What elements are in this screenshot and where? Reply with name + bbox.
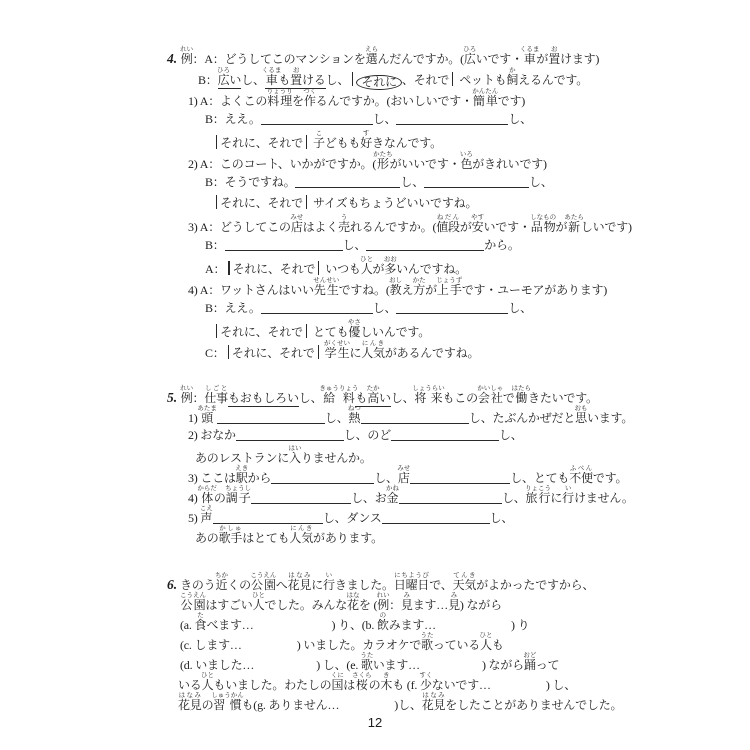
text-line: それに、それで とても優やさしいんです。 — [213, 319, 750, 340]
worksheet: 4.例れい：A：どうしてこのマンションを選えらんだんですか。(広ひろいです・車く… — [0, 0, 750, 712]
text-line: B：ええ。し、し、 — [205, 298, 750, 319]
ruby-text: 車くるま — [523, 52, 537, 66]
ruby-text: 桜さくら — [355, 678, 369, 692]
ruby-text: 近ちか — [216, 578, 228, 592]
fill-in-blank — [236, 429, 344, 441]
text: あの — [195, 531, 219, 545]
scanned-workbook-page: { "page": { "number": "12" }, "exercises… — [0, 0, 750, 750]
text: )し、 — [394, 698, 421, 712]
text: れるんですか。( — [350, 220, 436, 234]
ruby-text: 将来しょうらい — [414, 391, 442, 405]
fill-in-blank — [410, 472, 510, 484]
ruby-text: 歌うた — [361, 658, 373, 672]
text: が — [536, 52, 548, 66]
text: し、のど — [344, 428, 391, 442]
text: し、 — [508, 112, 532, 126]
text: B：ええ。 — [205, 112, 261, 126]
text: も — [278, 73, 290, 89]
text: ける — [302, 73, 326, 89]
text-line: B：そうですね。し、し、 — [205, 172, 750, 193]
ruby-text: 歌うた — [421, 638, 433, 652]
text: もおもしろい — [228, 391, 299, 407]
text: B：そうですね。 — [205, 175, 295, 189]
text: の — [214, 491, 226, 505]
text: きのう — [180, 578, 215, 592]
answer-space — [436, 627, 511, 629]
ruby-text: 簡単かんたん — [473, 94, 498, 108]
text: 2) A：このコート、いかがですか。( — [188, 157, 376, 171]
text: いです・ — [483, 220, 530, 234]
text: し、 — [508, 301, 532, 315]
ruby-text: 歌手かしゅ — [219, 531, 243, 545]
ruby-text: 方かた — [413, 283, 425, 297]
fill-in-blank — [295, 176, 400, 188]
text: 1) A：よくこの — [188, 94, 267, 108]
text-line: B：ええ。し、し、 — [205, 109, 750, 130]
text: へ — [276, 578, 288, 592]
choice-bracket-bar — [318, 345, 319, 359]
text: です。 — [593, 471, 627, 485]
text-line: 1) A：よくこの料理りょうりを作つくるんですか。(おいしいです・簡単かんたんで… — [188, 88, 750, 109]
ruby-text: 会社かいしゃ — [478, 391, 503, 405]
ruby-text: 駅えき — [236, 471, 248, 485]
fill-in-blank — [251, 492, 351, 504]
ruby-text: 熱ねつ — [349, 411, 361, 425]
exercise-6: 6.きのう近ちかくの公園こうえんへ花見はなみに行いきました。日曜日にちようびで、… — [165, 572, 750, 712]
text: いんですね。 — [396, 262, 467, 276]
text: しいんです。 — [360, 325, 430, 339]
text: A： — [205, 262, 225, 276]
ruby-text: 公園こうえん — [251, 578, 276, 592]
text: はよく — [303, 220, 338, 234]
ruby-text: 行い — [323, 578, 335, 592]
ruby-text: 人ひと — [361, 262, 373, 276]
ruby-text: 人ひと — [253, 598, 265, 612]
text: (c. します… — [180, 638, 242, 652]
text: を ( — [359, 598, 377, 612]
exercise-5: 5.例れい：仕事しごともおもしろいし、給料きゅうりょうも高たかいし、将来しょうら… — [165, 385, 750, 545]
ruby-text: 不便ふべん — [569, 471, 593, 485]
text: も(g. ありません… — [241, 698, 339, 712]
ruby-text: 花はな — [347, 598, 359, 612]
text: B： — [198, 73, 218, 87]
text: っている — [433, 638, 480, 652]
fill-in-blank — [213, 512, 323, 524]
text: し、とても — [510, 471, 569, 485]
ruby-text: 広ひろ — [464, 52, 476, 66]
text: 4) A：ワットさんはいい — [188, 283, 314, 297]
fill-in-blank — [396, 302, 508, 314]
text: し、お — [351, 491, 386, 505]
text: るんですか。(おいしいです・ — [316, 94, 473, 108]
text: し、 — [343, 238, 367, 252]
text: サイズもちょうどいいですね。 — [310, 196, 477, 210]
text-line: 1) 頭あたまし、熱ねつし、たぶんかぜだと思おもいます。 — [188, 405, 750, 425]
text: し、 — [490, 511, 514, 525]
ruby-text: 学生がくせい — [325, 346, 350, 360]
fill-in-blank — [271, 472, 374, 484]
ruby-text: 声こえ — [200, 511, 212, 525]
answer-space — [339, 707, 394, 709]
text: ペットも — [456, 73, 506, 87]
text: ) し、(e. — [316, 658, 361, 672]
text: ) り — [511, 618, 529, 632]
exercise-number: 6. — [167, 577, 177, 592]
ruby-text: 新あたら — [567, 220, 581, 234]
ruby-text: 置お — [290, 73, 302, 89]
text: りませんか。 — [301, 451, 372, 465]
text: B： — [205, 238, 225, 252]
fill-in-blank — [382, 512, 490, 524]
text: し、 — [529, 175, 553, 189]
text: に — [550, 491, 562, 505]
ruby-text: 見み — [401, 598, 413, 612]
ruby-text: 色いろ — [460, 157, 472, 171]
text: し、 — [502, 491, 526, 505]
text: ) ながら — [482, 658, 524, 672]
text: し、たぶんかぜだと — [469, 411, 575, 425]
text: がよかったですから、 — [476, 578, 594, 592]
fill-in-blank — [225, 239, 343, 251]
text-line: 5) 声こえし、ダンスし、 — [188, 505, 750, 525]
text: しいです) — [581, 220, 632, 234]
text-line: 4) 体からだの調子ちょうしし、お金かねし、旅行りょこうに行いけません。 — [188, 485, 750, 505]
ruby-text: 花見はなみ — [178, 698, 202, 712]
text: が — [460, 220, 472, 234]
text-line: B：広ひろいし、車くるまも置おけるし、それに、それで ペットも飼かえるんです。 — [198, 67, 750, 88]
text: し、 — [391, 391, 415, 405]
text: で、 — [429, 578, 452, 592]
answer-space — [242, 647, 297, 649]
answer-space — [491, 687, 546, 689]
text: それに、それで — [220, 136, 303, 150]
text: し、 — [373, 301, 397, 315]
choice-bracket-bar — [452, 72, 453, 86]
fill-in-blank — [217, 412, 325, 424]
text: くの — [227, 578, 251, 592]
text: 2) おなか — [188, 428, 236, 442]
ruby-text: 人ひと — [480, 638, 492, 652]
ruby-text: 習慣しゅうかん — [213, 698, 241, 712]
ruby-text: 花見はなみ — [288, 578, 312, 592]
text: し、 — [400, 175, 424, 189]
ruby-text: 行い — [562, 491, 574, 505]
ruby-text: 車くるま — [265, 73, 279, 89]
text: (d. いました… — [180, 658, 254, 672]
text: みます… — [389, 618, 436, 632]
text: けます) — [560, 52, 599, 66]
text: し、 — [373, 112, 397, 126]
text: も (f. — [392, 678, 420, 692]
ruby-text: 選えら — [366, 52, 378, 66]
ruby-text: 飲の — [377, 618, 389, 632]
text: それに、それで — [220, 196, 303, 210]
text: えるんです。 — [518, 73, 588, 87]
text-line: 6.きのう近ちかくの公園こうえんへ花見はなみに行いきました。日曜日にちようびで、… — [167, 572, 750, 592]
ruby-text: 例れい — [180, 391, 192, 405]
text: ないです… — [432, 678, 491, 692]
exercise-number: 4. — [167, 51, 177, 66]
text-line: 3) A：どうしてこの店みせはよく売うれるんですか。(値段ねだんが安やすいです・… — [188, 214, 750, 235]
text-line: あの歌手かしゅはとても人気にんきがあります。 — [195, 525, 750, 545]
ruby-text: 例れい — [377, 598, 389, 612]
text: べます… — [206, 618, 253, 632]
ruby-text: 公園こうえん — [180, 598, 205, 612]
ruby-text: 働はたら — [515, 391, 529, 405]
text: し、 — [325, 411, 349, 425]
text: それに、それで — [232, 346, 315, 360]
text-line: 4) A：ワットさんはいい先生せんせいですね。(教おしえ方かたが上手じょうずです… — [188, 277, 750, 298]
ruby-text: 入はい — [289, 451, 301, 465]
text: ます… — [413, 598, 448, 612]
choice-bracket-bar — [306, 135, 307, 149]
fill-in-blank — [396, 113, 508, 125]
text: いです・ — [476, 52, 523, 66]
text: 3) A：どうしてこの — [188, 220, 291, 234]
ruby-text: 飼か — [506, 73, 518, 87]
text-line: 4.例れい：A：どうしてこのマンションを選えらんだんですか。(広ひろいです・車く… — [167, 46, 750, 67]
text: います… — [373, 658, 420, 672]
ruby-text: 旅行りょこう — [526, 491, 551, 505]
text: C： — [205, 346, 225, 360]
ruby-text: 食た — [195, 618, 207, 632]
ruby-text: 見み — [448, 598, 460, 612]
text-line: それに、それで サイズもちょうどいいですね。 — [213, 193, 750, 214]
text: いつも — [322, 262, 360, 276]
ruby-text: 好す — [360, 136, 372, 150]
text: あのレストランに — [195, 451, 289, 465]
answer-space — [254, 627, 332, 629]
text: でした。みんな — [264, 598, 347, 612]
text: ですね。( — [339, 283, 390, 297]
ruby-text: 天気てんき — [453, 578, 477, 592]
text-line: それに、それで 子こどもも好すきなんです。 — [213, 130, 750, 151]
text-line: (d. いました…) し、(e. 歌うたいます…) ながら踊おどって — [180, 652, 750, 672]
fill-in-blank — [361, 412, 469, 424]
text: から — [248, 471, 272, 485]
ruby-text: 安やす — [472, 220, 484, 234]
text: んだんですか。( — [377, 52, 463, 66]
ruby-text: 木き — [380, 678, 392, 692]
text: 、それで — [402, 73, 449, 87]
ruby-text: 店みせ — [291, 220, 303, 234]
text: B：ええ。 — [205, 301, 261, 315]
text: がきれいです) — [472, 157, 547, 171]
text-line: 公園こうえんはすごい人ひとでした。みんな花はなを (例れい：見みます…見み) な… — [180, 592, 750, 612]
text: ) し、 — [546, 678, 576, 692]
choice-bracket-bar — [216, 135, 217, 149]
text: も — [492, 638, 504, 652]
choice-bracket-bar — [318, 261, 319, 275]
text: はとても — [242, 531, 289, 545]
text: 5) — [188, 511, 200, 525]
ruby-text: 教おし — [390, 283, 402, 297]
text: いる — [178, 678, 202, 692]
text: ) り、(b. — [332, 618, 377, 632]
exercise-4: 4.例れい：A：どうしてこのマンションを選えらんだんですか。(広ひろいです・車く… — [165, 46, 750, 361]
text: し、 — [374, 471, 398, 485]
text: 3) ここは — [188, 471, 236, 485]
ruby-text: 人気にんき — [361, 346, 385, 360]
choice-bracket-bar — [228, 261, 229, 275]
text-line: (c. します…) いました。カラオケで歌うたっている人ひとも — [180, 632, 750, 652]
ruby-text: 少すく — [420, 678, 432, 692]
text: けません。 — [574, 491, 634, 505]
ruby-text: 先生せんせい — [314, 283, 339, 297]
ruby-text: 広ひろ — [218, 73, 230, 89]
ruby-text: 形かたち — [376, 157, 390, 171]
text: に — [311, 578, 323, 592]
text: それに、それで — [220, 325, 303, 339]
ruby-text: 国くに — [331, 678, 343, 692]
ruby-text: 人ひと — [202, 678, 214, 692]
text: い — [229, 73, 241, 89]
ruby-text: 置お — [548, 52, 560, 66]
ruby-text: 子こ — [313, 136, 325, 150]
text: きたいです。 — [528, 391, 598, 405]
text-line: いる人ひともいました。わたしの国くには桜さくらの木きも (f. 少すくないです…… — [178, 672, 750, 692]
ruby-text: 例れい — [180, 52, 192, 66]
text: の — [369, 678, 381, 692]
answer-space — [420, 667, 482, 669]
ruby-text: 仕事しごと — [204, 391, 228, 405]
ruby-text: 料理りょうり — [267, 94, 292, 108]
text: がいいです・ — [390, 157, 461, 171]
ruby-text: 金かね — [387, 491, 399, 505]
text: い — [379, 391, 391, 407]
text-line: (a. 食たべます…) り、(b. 飲のみます…) り — [180, 612, 750, 632]
text: です・ユーモアがあります) — [462, 283, 607, 297]
text: し、 — [326, 73, 350, 87]
text: もいました。わたしの — [213, 678, 331, 692]
fill-in-blank — [399, 492, 502, 504]
text: をしたことがありませんでした。 — [445, 698, 622, 712]
ruby-text: 日曜日にちようび — [394, 578, 429, 592]
text: です) — [498, 94, 525, 108]
choice-bracket-bar — [216, 195, 217, 209]
text: はすごい — [205, 598, 252, 612]
fill-in-blank — [261, 113, 373, 125]
fill-in-blank — [424, 176, 529, 188]
text-line: 2) A：このコート、いかがですか。(形かたちがいいです・色いろがきれいです) — [188, 151, 750, 172]
text: ： — [193, 391, 205, 405]
text: し、 — [499, 428, 523, 442]
text: ) いました。カラオケで — [297, 638, 421, 652]
ruby-text: 思おも — [575, 411, 587, 425]
text: が — [373, 262, 385, 276]
text-line: 3) ここは駅えきからし、店みせし、とても不便ふべんです。 — [188, 465, 750, 485]
text: (a. — [180, 618, 195, 632]
text-line: A：それに、それで いつも人ひとが多おおいんですね。 — [205, 256, 750, 277]
ruby-text: 給料きゅうりょう — [322, 391, 355, 405]
choice-bracket-bar — [228, 345, 229, 359]
exercises: 4.例れい：A：どうしてこのマンションを選えらんだんですか。(広ひろいです・車く… — [165, 46, 750, 712]
text: います。 — [587, 411, 633, 425]
text: があります。 — [313, 531, 383, 545]
text: え — [401, 283, 413, 297]
ruby-text: 店みせ — [398, 471, 410, 485]
ruby-text: 多おお — [384, 262, 396, 276]
page-number: 12 — [0, 715, 750, 730]
text: ： — [389, 598, 401, 612]
ruby-text: 優やさ — [348, 325, 360, 339]
answer-space — [254, 667, 316, 669]
ruby-text: 踊おど — [524, 658, 536, 672]
ruby-text: 売う — [338, 220, 350, 234]
text: があるんですね。 — [385, 346, 479, 360]
circled-choice: それに — [356, 75, 401, 90]
text-line: 花見はなみの習慣しゅうかんも(g. ありません…)し、花見はなみをしたことがあり… — [178, 692, 750, 712]
ruby-text: 体からだ — [200, 491, 214, 505]
text: とても — [310, 325, 348, 339]
choice-bracket-bar — [352, 72, 353, 86]
choice-bracket-bar — [216, 324, 217, 338]
text: ) ながら — [460, 598, 502, 612]
ruby-text: 上手じょうず — [437, 283, 462, 297]
exercise-number: 5. — [167, 390, 177, 405]
text: ：A：どうしてこのマンションを — [193, 52, 366, 66]
choice-bracket-bar — [306, 324, 307, 338]
ruby-text: 値段ねだん — [436, 220, 460, 234]
text: きました。 — [335, 578, 394, 592]
ruby-text: 人気にんき — [289, 531, 313, 545]
text: から。 — [484, 238, 519, 252]
text-line: C：それに、それで 学生がくせいに人気にんきがあるんですね。 — [205, 340, 750, 361]
fill-in-blank — [366, 239, 484, 251]
choice-bracket-bar — [306, 195, 307, 209]
text-line: あのレストランに入はいりませんか。 — [195, 445, 750, 465]
text: に — [349, 346, 361, 360]
ruby-text: 作つく — [304, 94, 316, 108]
ruby-text: 頭あたま — [200, 411, 217, 425]
ruby-text: 高たか — [367, 391, 379, 407]
ruby-text: 調子ちょうし — [226, 491, 251, 505]
text-line: B：し、から。 — [205, 235, 750, 256]
text: って — [536, 658, 560, 672]
text-line: 5.例れい：仕事しごともおもしろいし、給料きゅうりょうも高たかいし、将来しょうら… — [167, 385, 750, 405]
ruby-text: 品物しなもの — [531, 220, 556, 234]
text: どもも — [325, 136, 360, 150]
fill-in-blank — [261, 302, 373, 314]
ruby-text: 花見はなみ — [422, 698, 446, 712]
text: きなんです。 — [372, 136, 442, 150]
text: し、ダンス — [323, 511, 382, 525]
text-line: 2) おなかし、のどし、 — [188, 425, 750, 445]
text: それに、それで — [233, 262, 316, 276]
text: もこの — [442, 391, 477, 405]
fill-in-blank — [391, 429, 499, 441]
